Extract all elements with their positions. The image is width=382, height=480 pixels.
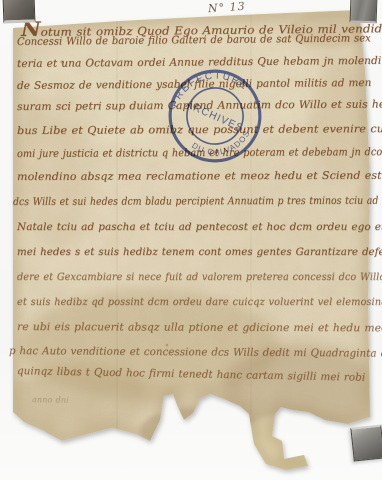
stamp-center-text: ARCHIVES [184,99,245,134]
photograph-of-parchment-charter: N° 13 Notum sit omibz Quod Ego Amaurio d… [0,0,382,480]
metal-clip-top-left-icon [3,0,36,24]
manuscript-line: p hac Auto venditione et concessione dcs… [9,345,382,360]
manuscript-line: molendino absqz mea reclamatione et meoz… [17,170,382,183]
manuscript-line: Concessi Willo de baroie filio Galteri d… [17,32,371,48]
archives-ink-stamp: PRÉFECTURE DU CALVADOS ARCHIVES [164,65,266,167]
manuscript-line: quinqz libas t Quod hoc firmi tenedt han… [17,365,365,384]
metal-clip-bottom-right-icon [350,424,382,461]
manuscript-line: dcs Wills et sui hedes dcm bladu percipi… [13,195,378,208]
manuscript-line: et suis hedibz qd possint dcm ordeu dare… [17,296,382,308]
manuscript-line: re ubi eis placuerit absqz ulla ptione e… [17,321,382,334]
manuscript-line: mei hedes s et suis hedibz tenem cont om… [17,246,382,258]
manuscript-line: Natale tciu ad pascha et tciu ad penteco… [17,221,382,233]
manuscript-faint-line: anno dni [32,395,69,405]
manuscript-line: dere et Gexcambiare si nece fuit ad valo… [17,271,382,283]
metal-clip-top-right-icon [350,0,378,23]
